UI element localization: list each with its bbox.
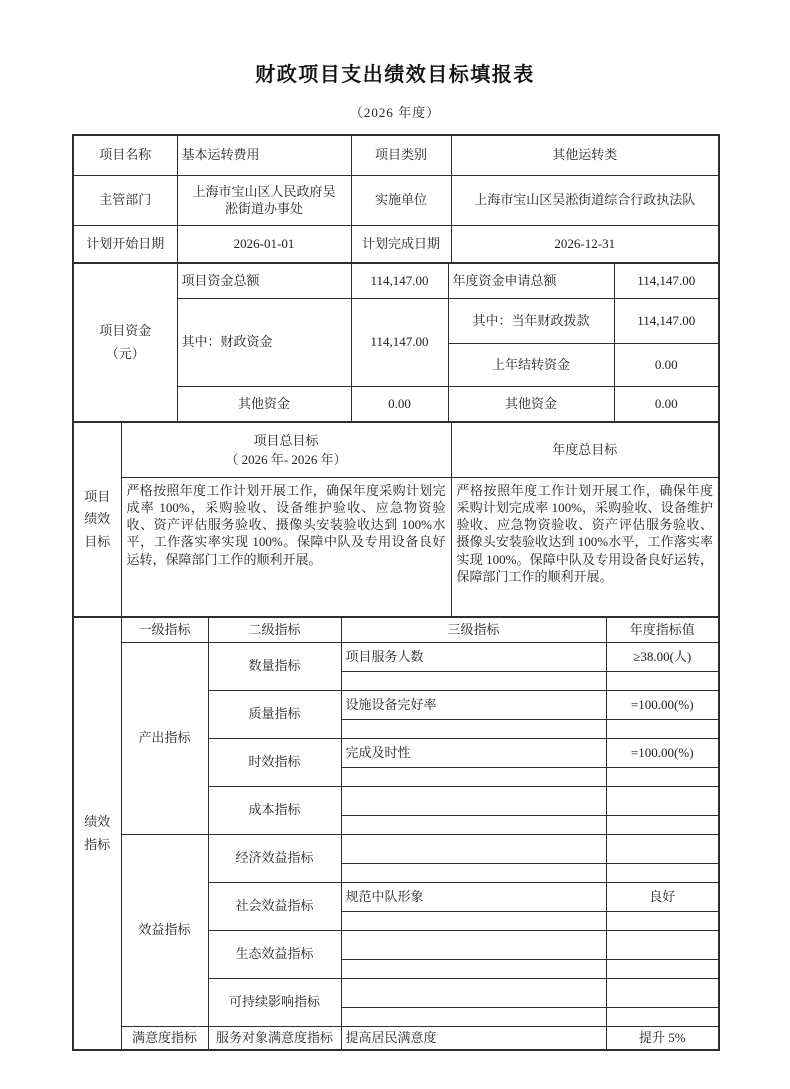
indicator-name: 提高居民满意度 [341,1027,606,1051]
fiscal-funds-value: 114,147.00 [351,299,448,387]
carryover-label: 上年结转资金 [448,344,614,387]
indicator-name: 规范中队形象 [341,883,606,912]
start-date-value: 2026-01-01 [177,226,351,264]
table-row: 项目绩效目标 项目总目标 （ 2026 年- 2026 年） 年度总目标 [73,422,719,478]
indicator-name [341,960,606,979]
indicator-value [606,960,719,979]
indicator-value [606,720,719,739]
indicator-name [341,720,606,739]
sub-sustainability-label: 可持续影响指标 [208,979,341,1027]
page-subtitle: （2026 年度） [0,102,790,121]
sub-timeliness-label: 时效指标 [208,739,341,787]
indicators-header-row: 绩效指标 一级指标 二级指标 三级指标 年度指标值 [73,617,719,643]
indicator-value: 良好 [606,883,719,912]
indicator-value: 提升 5% [606,1027,719,1051]
other-funds-label: 其他资金 [177,387,351,423]
table-row: 严格按照年度工作计划开展工作，确保年度采购计划完成率 100%，采购验收、设备维… [73,478,719,618]
indicator-name: 设施设备完好率 [341,691,606,720]
end-date-value: 2026-12-31 [451,226,719,264]
indicator-value [606,979,719,1008]
annual-other-funds-value: 0.00 [614,387,719,423]
project-category-value: 其他运转类 [451,135,719,176]
end-date-label: 计划完成日期 [351,226,451,264]
indicator-row: 产出指标 数量指标 项目服务人数 ≥38.00(人) [73,643,719,672]
indicator-name [341,672,606,691]
current-appropriation-value: 114,147.00 [614,299,719,344]
funds-total-value: 114,147.00 [351,263,448,299]
page-title: 财政项目支出绩效目标填报表 [0,0,790,87]
indicator-name [341,768,606,787]
project-name-value: 基本运转费用 [177,135,351,176]
indicator-value [606,864,719,883]
indicator-value [606,912,719,931]
sub-quantity-label: 数量指标 [208,643,341,691]
indicator-value: ≥38.00(人) [606,643,719,672]
indicator-value [606,931,719,960]
indicator-value: =100.00(%) [606,739,719,768]
department-value: 上海市宝山区人民政府吴淞街道办事处 [177,176,351,226]
indicator-value [606,768,719,787]
indicator-value [606,835,719,864]
annual-other-funds-label: 其他资金 [448,387,614,423]
form-page: 财政项目支出绩效目标填报表 （2026 年度） 项目名称 基本运转费用 项目类别… [0,0,790,1089]
group-satisfaction-label: 满意度指标 [121,1027,208,1051]
table-row: 项目名称 基本运转费用 项目类别 其他运转类 [73,135,719,176]
implementing-unit-label: 实施单位 [351,176,451,226]
indicator-name [341,816,606,835]
other-funds-value: 0.00 [351,387,448,423]
fiscal-funds-label: 其中：财政资金 [177,299,351,387]
indicator-value [606,816,719,835]
indicator-name [341,979,606,1008]
overall-target-text: 严格按照年度工作计划开展工作，确保年度采购计划完成率 100%，采购验收、设备维… [121,478,451,618]
targets-section-label: 项目绩效目标 [73,422,121,617]
start-date-label: 计划开始日期 [73,226,177,264]
sub-cost-label: 成本指标 [208,787,341,835]
sub-satisfaction-label: 服务对象满意度指标 [208,1027,341,1051]
indicator-value: =100.00(%) [606,691,719,720]
indicator-name [341,1008,606,1027]
annual-request-value: 114,147.00 [614,263,719,299]
funds-table: 项目资金（元） 项目资金总额 114,147.00 年度资金申请总额 114,1… [72,262,720,423]
overall-target-header: 项目总目标 （ 2026 年- 2026 年） [121,422,451,478]
sub-ecological-label: 生态效益指标 [208,931,341,979]
header-level2: 二级指标 [208,617,341,643]
indicators-section-label: 绩效指标 [73,617,121,1050]
header-value: 年度指标值 [606,617,719,643]
indicator-value [606,1008,719,1027]
overall-target-header-line2: （ 2026 年- 2026 年） [126,450,447,470]
form-table: 项目名称 基本运转费用 项目类别 其他运转类 主管部门 上海市宝山区人民政府吴淞… [72,134,718,1051]
indicator-value [606,787,719,816]
indicator-name: 完成及时性 [341,739,606,768]
targets-table: 项目绩效目标 项目总目标 （ 2026 年- 2026 年） 年度总目标 严格按… [72,421,720,618]
annual-target-header: 年度总目标 [451,422,719,478]
group-benefit-label: 效益指标 [121,835,208,1027]
indicator-name [341,912,606,931]
sub-economic-label: 经济效益指标 [208,835,341,883]
table-row: 项目资金（元） 项目资金总额 114,147.00 年度资金申请总额 114,1… [73,263,719,299]
overall-target-header-line1: 项目总目标 [126,431,447,451]
indicators-table: 绩效指标 一级指标 二级指标 三级指标 年度指标值 产出指标 数量指标 项目服务… [72,616,720,1051]
carryover-value: 0.00 [614,344,719,387]
indicator-name [341,787,606,816]
sub-social-label: 社会效益指标 [208,883,341,931]
funds-total-label: 项目资金总额 [177,263,351,299]
group-output-label: 产出指标 [121,643,208,835]
header-level1: 一级指标 [121,617,208,643]
table-row: 计划开始日期 2026-01-01 计划完成日期 2026-12-31 [73,226,719,264]
department-label: 主管部门 [73,176,177,226]
indicator-row: 满意度指标 服务对象满意度指标 提高居民满意度 提升 5% [73,1027,719,1051]
indicator-name [341,835,606,864]
annual-request-label: 年度资金申请总额 [448,263,614,299]
header-level3: 三级指标 [341,617,606,643]
basic-info-table: 项目名称 基本运转费用 项目类别 其他运转类 主管部门 上海市宝山区人民政府吴淞… [72,134,720,264]
indicator-name [341,931,606,960]
project-category-label: 项目类别 [351,135,451,176]
annual-target-text: 严格按照年度工作计划开展工作，确保年度采购计划完成率 100%，采购验收、设备维… [451,478,719,618]
project-name-label: 项目名称 [73,135,177,176]
table-row: 主管部门 上海市宝山区人民政府吴淞街道办事处 实施单位 上海市宝山区吴淞街道综合… [73,176,719,226]
indicator-row: 效益指标 经济效益指标 [73,835,719,864]
sub-quality-label: 质量指标 [208,691,341,739]
indicator-name: 项目服务人数 [341,643,606,672]
indicator-name [341,864,606,883]
implementing-unit-value: 上海市宝山区吴淞街道综合行政执法队 [451,176,719,226]
indicator-value [606,672,719,691]
current-appropriation-label: 其中：当年财政拨款 [448,299,614,344]
funds-section-label: 项目资金（元） [73,263,177,422]
